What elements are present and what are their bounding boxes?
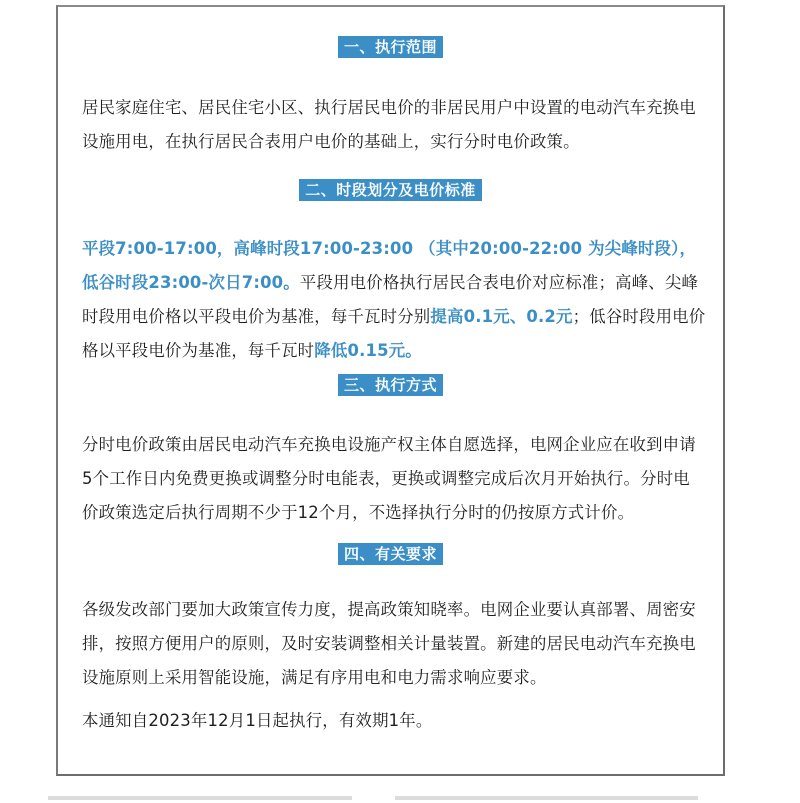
section-1-heading-wrap: 一、执行范围 bbox=[58, 36, 723, 58]
section-3-paragraph: 分时电价政策由居民电动汽车充换电设施产权主体自愿选择，电网企业应在收到申请5个工… bbox=[82, 428, 706, 530]
section-3-heading-wrap: 三、执行方式 bbox=[58, 374, 723, 396]
section-2-heading-wrap: 二、时段划分及电价标准 bbox=[58, 179, 723, 201]
section-3-heading: 三、执行方式 bbox=[338, 374, 443, 396]
price-increase-highlight: 提高0.1元、0.2元 bbox=[430, 307, 572, 326]
section-4-heading-wrap: 四、有关要求 bbox=[58, 543, 723, 565]
bottom-divider-left bbox=[48, 796, 352, 800]
closing-statement: 本通知自2023年12月1日起执行，有效期1年。 bbox=[82, 704, 706, 738]
section-4-heading: 四、有关要求 bbox=[338, 543, 443, 565]
price-decrease-highlight: 降低0.15元。 bbox=[314, 341, 422, 360]
section-2-paragraph: 平段7:00-17:00，高峰时段17:00-23:00 （其中20:00-22… bbox=[82, 232, 706, 368]
section-4-paragraph: 各级发改部门要加大政策宣传力度，提高政策知晓率。电网企业要认真部署、周密安排，按… bbox=[82, 593, 706, 695]
bottom-divider-right bbox=[395, 796, 698, 800]
section-1-paragraph: 居民家庭住宅、居民住宅小区、执行居民电价的非居民用户中设置的电动汽车充换电设施用… bbox=[82, 91, 706, 159]
section-1-heading: 一、执行范围 bbox=[338, 36, 443, 58]
notice-document-frame: 一、执行范围 居民家庭住宅、居民住宅小区、执行居民电价的非居民用户中设置的电动汽… bbox=[56, 5, 725, 776]
section-2-heading: 二、时段划分及电价标准 bbox=[299, 179, 482, 201]
